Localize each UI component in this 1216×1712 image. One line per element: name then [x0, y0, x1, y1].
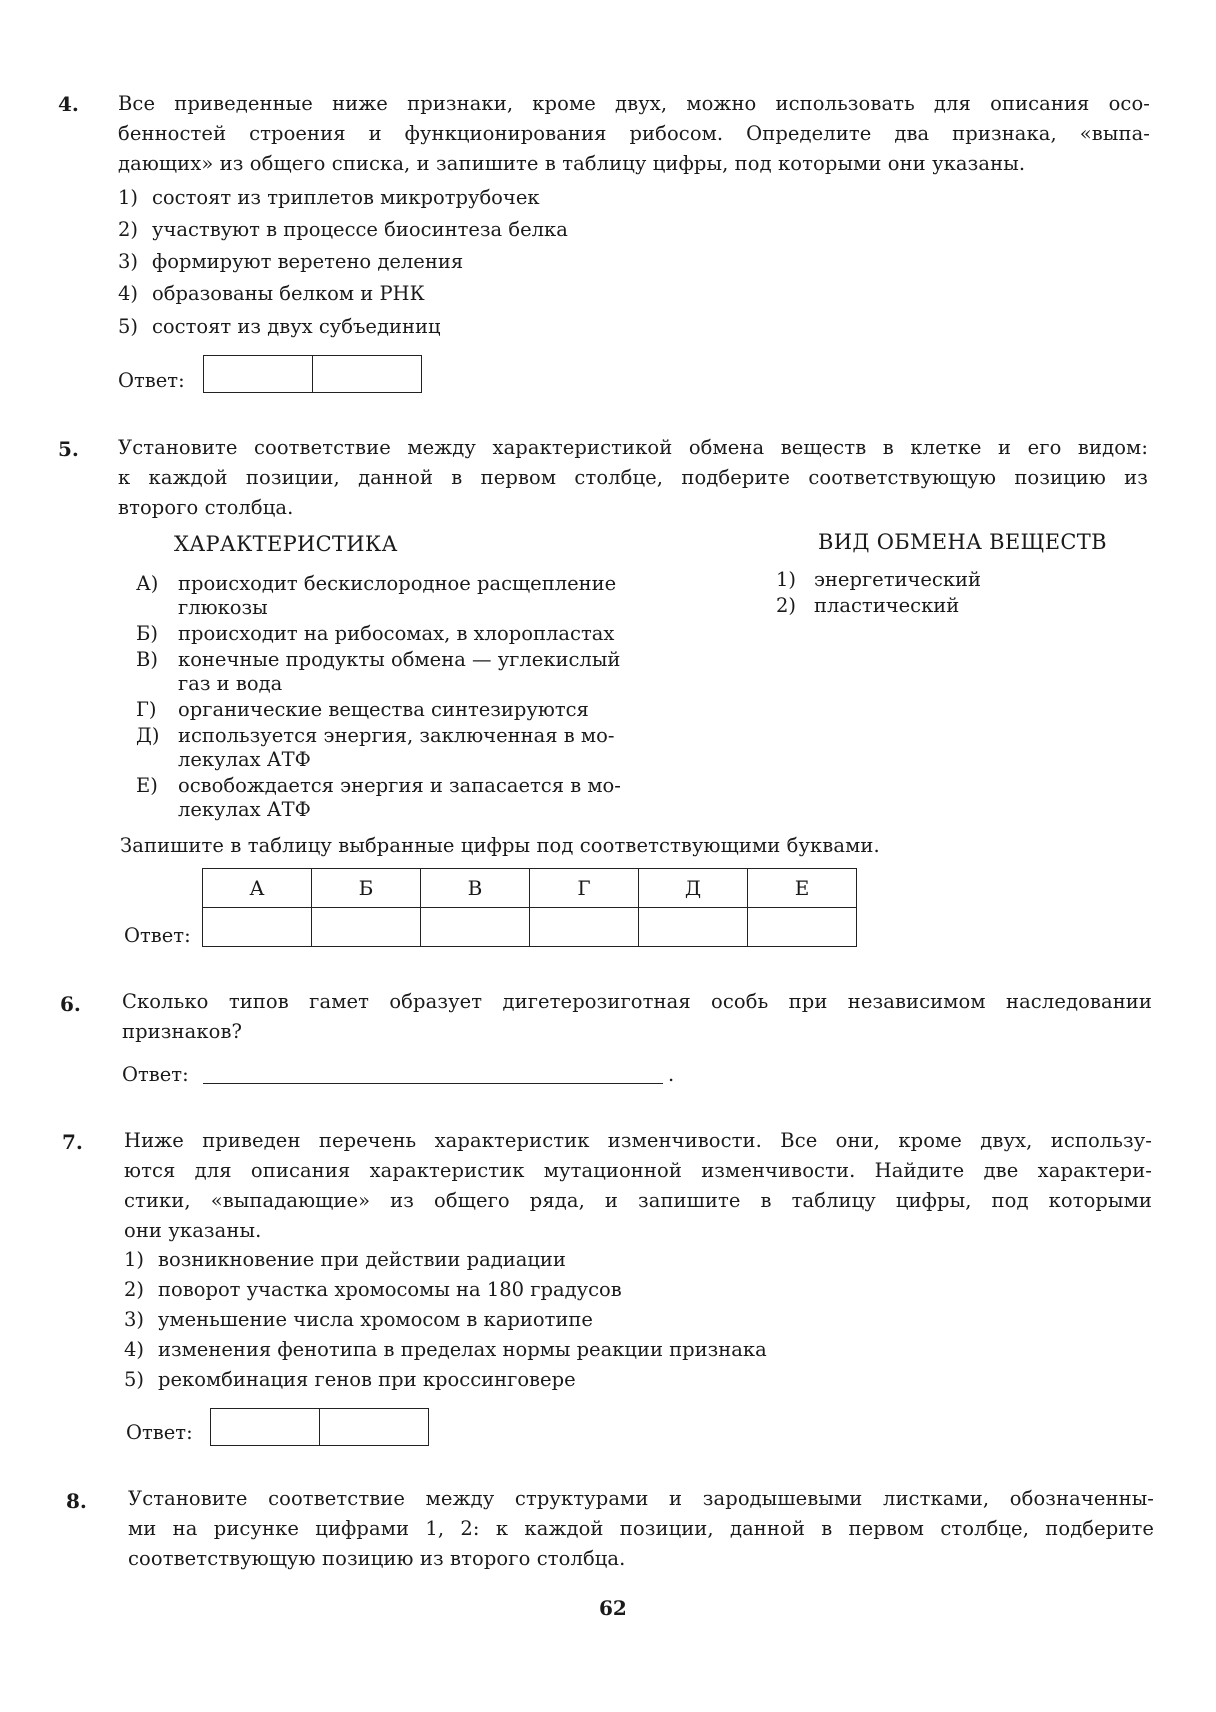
option-number: 4) [124, 1338, 158, 1361]
question-number: 6. [60, 992, 81, 1016]
answer-cell[interactable] [312, 908, 421, 947]
answer-cell[interactable] [530, 908, 639, 947]
item-text: используется энергия, заключенная в мо- [178, 724, 614, 748]
option-text: изменения фенотипа в пределах нормы реак… [158, 1338, 767, 1361]
item-letter: Е) [136, 774, 158, 798]
question-text-line: Установите соответствие между структурам… [128, 1487, 1154, 1510]
answer-boxes [203, 355, 422, 393]
page-number: 62 [599, 1596, 627, 1620]
option-number: 1) [118, 186, 152, 209]
table-header-cell: Г [530, 869, 639, 908]
question-text-line: бенностей строения и функционирования ри… [118, 122, 1150, 145]
option-text: уменьшение числа хромосом в кариотипе [158, 1308, 593, 1331]
option-item: 3)формируют веретено деления [118, 250, 463, 273]
option-text: рекомбинация генов при кроссинговере [158, 1368, 576, 1391]
answer-label: Ответ: [118, 369, 185, 392]
table-header-cell: А [203, 869, 312, 908]
question-number: 8. [66, 1489, 87, 1513]
item-text: пластический [814, 594, 959, 618]
option-item: 1)возникновение при действии радиации [124, 1248, 566, 1271]
option-text: состоят из триплетов микротрубочек [152, 186, 540, 209]
option-item: 3)уменьшение числа хромосом в кариотипе [124, 1308, 593, 1331]
item-number: 2) [776, 594, 796, 618]
option-number: 3) [118, 250, 152, 273]
question-number: 7. [62, 1130, 83, 1154]
answer-cell[interactable] [639, 908, 748, 947]
question-text-line: соответствующую позицию из второго столб… [128, 1547, 625, 1570]
question-text-line: Ниже приведен перечень характеристик изм… [124, 1129, 1152, 1152]
option-number: 2) [124, 1278, 158, 1301]
item-number: 1) [776, 568, 796, 592]
column-header-metabolism-type: ВИД ОБМЕНА ВЕЩЕСТВ [818, 530, 1107, 554]
option-number: 1) [124, 1248, 158, 1271]
question-text-line: Установите соответствие между характерис… [118, 436, 1148, 459]
option-item: 2)участвуют в процессе биосинтеза белка [118, 218, 568, 241]
question-text-line: ми на рисунке цифрами 1, 2: к каждой поз… [128, 1517, 1154, 1540]
option-text: формируют веретено деления [152, 250, 463, 273]
table-header-cell: Е [748, 869, 857, 908]
answer-label: Ответ: [126, 1421, 193, 1444]
question-text-line: дающих» из общего списка, и запишите в т… [118, 152, 1025, 175]
column-header-characteristic: ХАРАКТЕРИСТИКА [174, 532, 398, 556]
item-letter: Д) [136, 724, 159, 748]
item-letter: Б) [136, 622, 158, 646]
answer-cell[interactable] [204, 356, 312, 392]
item-text: лекулах АТФ [178, 748, 311, 772]
question-number: 4. [58, 92, 79, 116]
item-text: глюкозы [178, 596, 268, 620]
option-item: 5)состоят из двух субъединиц [118, 315, 441, 338]
option-item: 1)состоят из триплетов микротрубочек [118, 186, 540, 209]
question-text-line: стики, «выпадающие» из общего ряда, и за… [124, 1189, 1152, 1212]
item-text: происходит на рибосомах, в хлоропластах [178, 622, 614, 646]
question-text-line: Сколько типов гамет образует дигетерозиг… [122, 990, 1152, 1013]
answer-label: Ответ: [122, 1063, 189, 1086]
answer-boxes [210, 1408, 429, 1446]
answer-cell[interactable] [211, 1409, 319, 1445]
option-item: 2)поворот участка хромосомы на 180 граду… [124, 1278, 622, 1301]
item-letter: В) [136, 648, 158, 672]
item-text: энергетический [814, 568, 981, 592]
table-header-cell: В [421, 869, 530, 908]
item-text: освобождается энергия и запасается в мо- [178, 774, 621, 798]
option-text: возникновение при действии радиации [158, 1248, 566, 1271]
question-text-line: Все приведенные ниже признаки, кроме дву… [118, 92, 1150, 115]
item-text: конечные продукты обмена — углекислый [178, 648, 620, 672]
option-item: 4)образованы белком и РНК [118, 282, 425, 305]
item-letter: Г) [136, 698, 157, 722]
item-text: происходит бескислородное расщепление [178, 572, 616, 596]
option-number: 3) [124, 1308, 158, 1331]
item-text: газ и вода [178, 672, 282, 696]
item-text: органические вещества синтезируются [178, 698, 589, 722]
table-header-cell: Д [639, 869, 748, 908]
option-number: 2) [118, 218, 152, 241]
question-text-line: второго столбца. [118, 496, 293, 519]
option-number: 5) [124, 1368, 158, 1391]
question-number: 5. [58, 437, 79, 461]
option-number: 5) [118, 315, 152, 338]
option-text: участвуют в процессе биосинтеза белка [152, 218, 568, 241]
answer-line[interactable] [203, 1061, 663, 1084]
answer-cell[interactable] [312, 356, 421, 392]
answer-cell[interactable] [421, 908, 530, 947]
answer-cell[interactable] [203, 908, 312, 947]
item-text: лекулах АТФ [178, 798, 311, 822]
option-text: образованы белком и РНК [152, 282, 425, 305]
answer-label: Ответ: [124, 924, 191, 947]
option-item: 5)рекомбинация генов при кроссинговере [124, 1368, 576, 1391]
option-item: 4)изменения фенотипа в пределах нормы ре… [124, 1338, 767, 1361]
question-text-line: к каждой позиции, данной в первом столбц… [118, 466, 1148, 489]
question-text-line: признаков? [122, 1020, 242, 1043]
table-instruction: Запишите в таблицу выбранные цифры под с… [120, 834, 880, 857]
answer-cell[interactable] [748, 908, 857, 947]
answer-cell[interactable] [319, 1409, 428, 1445]
answer-suffix: . [668, 1063, 674, 1086]
table-header-cell: Б [312, 869, 421, 908]
question-text-line: ются для описания характеристик мутацион… [124, 1159, 1152, 1182]
question-text-line: они указаны. [124, 1219, 261, 1242]
option-number: 4) [118, 282, 152, 305]
option-text: поворот участка хромосомы на 180 градусо… [158, 1278, 622, 1301]
answer-table: А Б В Г Д Е [202, 868, 857, 947]
option-text: состоят из двух субъединиц [152, 315, 441, 338]
item-letter: А) [136, 572, 158, 596]
